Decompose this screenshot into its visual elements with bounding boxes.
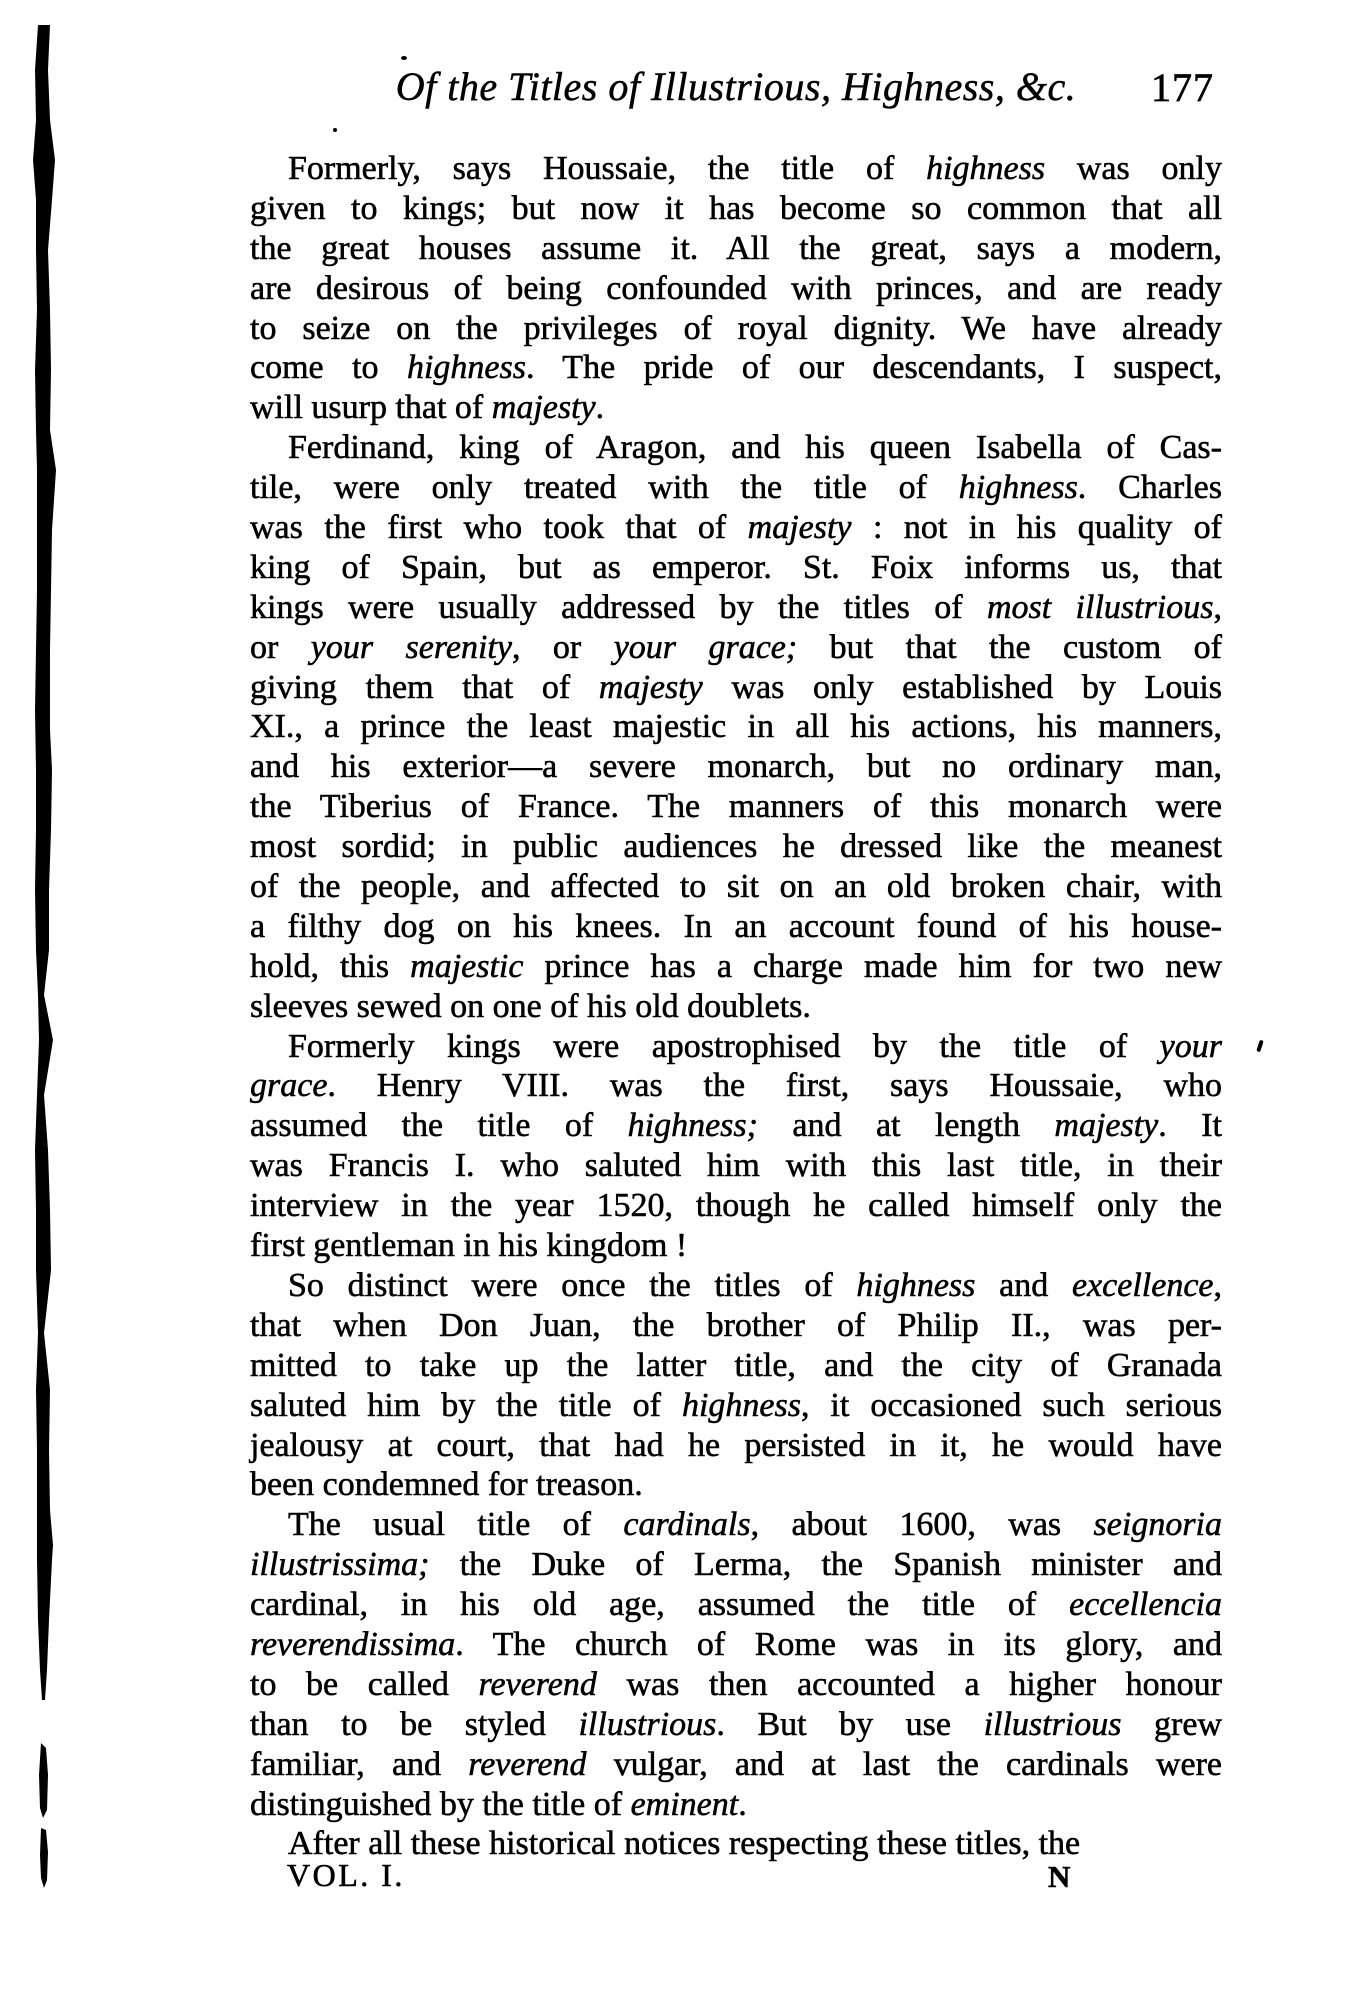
text-segment: , about 1600, was [751, 1506, 1094, 1543]
running-header: Of the Titles of Illustrious, Highness, … [250, 64, 1222, 110]
ink-speck [1256, 1040, 1264, 1053]
text-segment: was then accounted a higher honour [597, 1666, 1222, 1703]
text-segment: given to kings; but now it has become so… [250, 190, 1222, 227]
italic-text: majesty [748, 509, 852, 546]
text-line: kings were usually addressed by the titl… [250, 588, 1222, 628]
italic-text: highness [959, 469, 1078, 506]
text-line: most sordid; in public audiences he dres… [250, 827, 1222, 867]
italic-text: most illustrious [987, 589, 1214, 626]
text-segment: giving them that of [250, 669, 599, 706]
text-segment: vulgar, and at last the cardinals were [587, 1746, 1222, 1783]
text-segment: grew [1122, 1706, 1223, 1743]
text-segment: kings were usually addressed by the titl… [250, 589, 987, 626]
text-line: the great houses assume it. All the grea… [250, 229, 1222, 269]
italic-text: illustrissima; [250, 1546, 429, 1583]
ink-speck [333, 128, 337, 132]
text-segment: was only [1045, 150, 1222, 187]
italic-text: your grace; [614, 629, 798, 666]
text-line: Formerly kings were apostrophised by the… [250, 1027, 1222, 1067]
text-segment: are desirous of being confounded with pr… [250, 270, 1222, 307]
text-segment: was only established by Louis [703, 669, 1222, 706]
body-text: Formerly, says Houssaie, the title of hi… [250, 149, 1222, 1864]
italic-text: grace [250, 1067, 327, 1104]
text-line: will usurp that of majesty. [250, 388, 1222, 428]
italic-text: reverend [468, 1746, 586, 1783]
text-line: interview in the year 1520, though he ca… [250, 1186, 1222, 1226]
text-line: a filthy dog on his knees. In an account… [250, 907, 1222, 947]
text-segment: than to be styled [250, 1706, 578, 1743]
text-segment: tile, were only treated with the title o… [250, 469, 959, 506]
text-segment: come to [250, 349, 407, 386]
text-segment: Ferdinand, king of Aragon, and his queen… [288, 429, 1222, 466]
paragraph: So distinct were once the titles of high… [250, 1266, 1222, 1505]
text-segment: jealousy at court, that had he persisted… [250, 1427, 1222, 1464]
text-segment: . The church of Rome was in its glory, a… [455, 1626, 1222, 1663]
italic-text: majesty [1054, 1107, 1158, 1144]
text-line: sleeves sewed on one of his old doublets… [250, 987, 1222, 1027]
text-line: jealousy at court, that had he persisted… [250, 1426, 1222, 1466]
text-segment: hold, this [250, 948, 410, 985]
text-line: was Francis I. who saluted him with this… [250, 1146, 1222, 1186]
italic-text: majesty [599, 669, 703, 706]
paragraph: Formerly kings were apostrophised by the… [250, 1027, 1222, 1266]
text-segment: mitted to take up the latter title, and … [250, 1347, 1222, 1384]
ink-speck [401, 56, 407, 60]
text-segment: cardinal, in his old age, assumed the ti… [250, 1586, 1069, 1623]
binding-ink-streak [0, 0, 80, 1989]
text-segment: The usual title of [288, 1506, 623, 1543]
text-segment: the Duke of Lerma, the Spanish minister … [429, 1546, 1222, 1583]
text-line: assumed the title of highness; and at le… [250, 1106, 1222, 1146]
text-segment: king of Spain, but as emperor. St. Foix … [250, 549, 1222, 586]
text-segment: to be called [250, 1666, 479, 1703]
text-line: distinguished by the title of eminent. [250, 1785, 1222, 1825]
text-segment: , [1214, 1267, 1223, 1304]
text-line: given to kings; but now it has become so… [250, 189, 1222, 229]
italic-text: seignoria [1094, 1506, 1222, 1543]
text-line: illustrissima; the Duke of Lerma, the Sp… [250, 1545, 1222, 1585]
text-segment: but that the custom of [797, 629, 1222, 666]
text-segment: . Henry VIII. was the first, says Houssa… [327, 1067, 1222, 1104]
text-segment: , it occasioned such serious [801, 1387, 1222, 1424]
text-segment: saluted him by the title of [250, 1387, 682, 1424]
text-line: So distinct were once the titles of high… [250, 1266, 1222, 1306]
italic-text: highness [407, 349, 526, 386]
text-line: The usual title of cardinals, about 1600… [250, 1505, 1222, 1545]
signature-line: VOL. I. N [250, 1857, 1222, 1907]
text-line: or your serenity, or your grace; but tha… [250, 628, 1222, 668]
text-line: tile, were only treated with the title o… [250, 468, 1222, 508]
text-segment: first gentleman in his kingdom ! [250, 1227, 687, 1264]
text-segment: : not in his quality of [852, 509, 1222, 546]
text-line: king of Spain, but as emperor. St. Foix … [250, 548, 1222, 588]
italic-text: highness [856, 1267, 975, 1304]
text-segment: to seize on the privileges of royal dign… [250, 310, 1222, 347]
italic-text: illustrious [578, 1706, 716, 1743]
paragraph: Ferdinand, king of Aragon, and his queen… [250, 428, 1222, 1026]
text-line: to be called reverend was then accounted… [250, 1665, 1222, 1705]
text-line: cardinal, in his old age, assumed the ti… [250, 1585, 1222, 1625]
italic-text: cardinals [623, 1506, 750, 1543]
text-segment: XI., a prince the least majestic in all … [250, 708, 1222, 745]
text-line: first gentleman in his kingdom ! [250, 1226, 1222, 1266]
text-line: saluted him by the title of highness, it… [250, 1386, 1222, 1426]
text-segment: distinguished by the title of [250, 1786, 631, 1823]
text-segment: . But by use [716, 1706, 983, 1743]
text-line: mitted to take up the latter title, and … [250, 1346, 1222, 1386]
text-line: giving them that of majesty was only est… [250, 668, 1222, 708]
text-segment: most sordid; in public audiences he dres… [250, 828, 1222, 865]
text-line: of the people, and affected to sit on an… [250, 867, 1222, 907]
italic-text: majesty [492, 389, 596, 426]
paragraph: Formerly, says Houssaie, the title of hi… [250, 149, 1222, 428]
italic-text: reverend [479, 1666, 597, 1703]
text-segment: assumed the title of [250, 1107, 628, 1144]
text-line: than to be styled illustrious. But by us… [250, 1705, 1222, 1745]
italic-text: eminent [631, 1786, 739, 1823]
text-segment: interview in the year 1520, though he ca… [250, 1187, 1222, 1224]
text-line: hold, this majestic prince has a charge … [250, 947, 1222, 987]
text-segment: prince has a charge made him for two new [523, 948, 1222, 985]
text-segment: Formerly, says Houssaie, the title of [288, 150, 926, 187]
text-segment: was Francis I. who saluted him with this… [250, 1147, 1222, 1184]
text-segment: a filthy dog on his knees. In an account… [250, 908, 1222, 945]
text-line: familiar, and reverend vulgar, and at la… [250, 1745, 1222, 1785]
text-segment: sleeves sewed on one of his old doublets… [250, 988, 811, 1025]
italic-text: reverendissima [250, 1626, 455, 1663]
italic-text: illustrious [984, 1706, 1122, 1743]
text-line: Formerly, says Houssaie, the title of hi… [250, 149, 1222, 189]
volume-label: VOL. I. [287, 1857, 405, 1894]
text-line: reverendissima. The church of Rome was i… [250, 1625, 1222, 1665]
text-line: grace. Henry VIII. was the first, says H… [250, 1066, 1222, 1106]
text-segment: or [250, 629, 311, 666]
text-segment: , [1213, 589, 1222, 626]
text-segment: . [596, 389, 605, 426]
text-line: the Tiberius of France. The manners of t… [250, 787, 1222, 827]
paragraph: The usual title of cardinals, about 1600… [250, 1505, 1222, 1824]
text-segment: . [738, 1786, 747, 1823]
text-segment: that when Don Juan, the brother of Phili… [250, 1307, 1222, 1344]
text-segment: , or [512, 629, 614, 666]
italic-text: majestic [410, 948, 523, 985]
text-segment: and at length [758, 1107, 1054, 1144]
text-line: come to highness. The pride of our desce… [250, 348, 1222, 388]
text-segment: and his exterior—a severe monarch, but n… [250, 748, 1222, 785]
text-line: Ferdinand, king of Aragon, and his queen… [250, 428, 1222, 468]
italic-text: your [1160, 1028, 1222, 1065]
book-page: Of the Titles of Illustrious, Highness, … [0, 0, 1349, 1989]
text-line: are desirous of being confounded with pr… [250, 269, 1222, 309]
italic-text: your serenity [311, 629, 512, 666]
text-segment: So distinct were once the titles of [288, 1267, 856, 1304]
text-segment: been condemned for treason. [250, 1466, 643, 1503]
text-segment: and [975, 1267, 1072, 1304]
text-line: XI., a prince the least majestic in all … [250, 707, 1222, 747]
italic-text: eccellencia [1069, 1586, 1222, 1623]
text-segment: was the first who took that of [250, 509, 748, 546]
text-line: was the first who took that of majesty :… [250, 508, 1222, 548]
text-line: and his exterior—a severe monarch, but n… [250, 747, 1222, 787]
text-segment: the great houses assume it. All the grea… [250, 230, 1222, 267]
text-segment: . It [1158, 1107, 1222, 1144]
page-number: 177 [1151, 65, 1214, 111]
text-segment: will usurp that of [250, 389, 492, 426]
text-segment: familiar, and [250, 1746, 468, 1783]
text-segment: of the people, and affected to sit on an… [250, 868, 1222, 905]
text-segment: . The pride of our descendants, I suspec… [526, 349, 1222, 386]
text-line: that when Don Juan, the brother of Phili… [250, 1306, 1222, 1346]
italic-text: highness; [628, 1107, 758, 1144]
italic-text: highness [682, 1387, 801, 1424]
running-header-title: Of the Titles of Illustrious, Highness, … [396, 64, 1076, 109]
catchword: N [1048, 1859, 1071, 1895]
text-line: to seize on the privileges of royal dign… [250, 309, 1222, 349]
italic-text: excellence [1072, 1267, 1214, 1304]
text-segment: the Tiberius of France. The manners of t… [250, 788, 1222, 825]
text-segment: Formerly kings were apostrophised by the… [288, 1028, 1160, 1065]
text-segment: . Charles [1078, 469, 1222, 506]
text-line: been condemned for treason. [250, 1465, 1222, 1505]
italic-text: highness [926, 150, 1045, 187]
